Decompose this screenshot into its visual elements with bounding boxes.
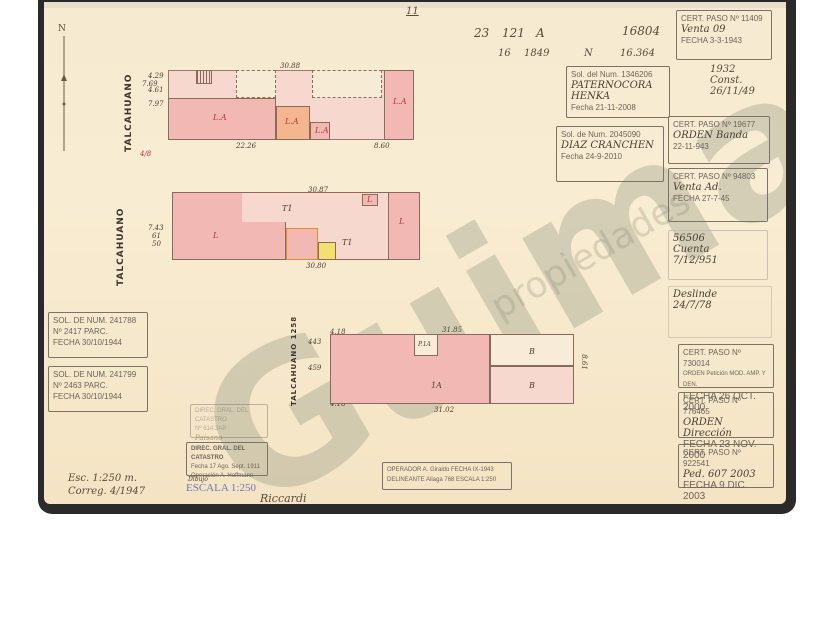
stamp-solicitud-1944-b: SOL. DE NUM. 241799 Nº 2463 PARC. FECHA … — [48, 366, 148, 412]
plan2-street-label: TALCAHUANO — [116, 208, 126, 286]
plan3-room-b-2: B — [490, 366, 574, 404]
plan3-dim-left-1: 443 — [308, 338, 321, 346]
escala-label: ESCALA 1:250 — [186, 482, 256, 494]
stamp-solicitud-1944-a: SOL. DE NUM. 241788 Nº 2417 PARC. FECHA … — [48, 312, 148, 358]
plan1-room-la-3: L.A — [310, 122, 330, 140]
stamp-deslinde-1978: Deslinde 24/7/78 — [668, 286, 772, 338]
header-note-2c: N — [584, 48, 593, 59]
header-note-2b: 1849 — [524, 48, 549, 59]
stamp-solicitud-2008: Sol. del Num. 1346206 PATERNOCORA HENKA … — [566, 66, 670, 118]
plan1-margin-note: 4/8 — [140, 150, 151, 158]
watermark-subtitle: propiedades — [484, 181, 697, 328]
stamp-operador: OPERADOR A. Giraldo FECHA IX-1943 DELINE… — [382, 462, 512, 490]
plan2-dim-left-2: 61 — [152, 232, 161, 240]
bottom-signature: Riccardi — [260, 492, 307, 504]
north-arrow-icon — [60, 36, 68, 156]
stamp-cert-paso-1945: CERT. PASO Nº 94803 Venta Ad. FECHA 27-7… — [668, 168, 768, 222]
plan2-room-orange — [286, 228, 318, 260]
stamp-cert-paso-2000-nov: CERT. PASO Nº 776465 ORDEN Dirección FEC… — [678, 392, 774, 438]
plan1-street-label: TALCAHUANO — [124, 74, 134, 152]
plan2-floorplan: L T1 T1 L L — [172, 192, 420, 260]
cadastral-plan-document: Guimar propiedades 11 N 23 121 A 16804 1… — [44, 2, 786, 504]
stamp-cuenta-1951: 56506 Cuenta 7/12/951 — [668, 230, 768, 280]
plan3-dim-top: 31.85 — [442, 326, 462, 334]
plan2-room-l-3: L — [388, 192, 420, 260]
plan2-room-t1-b: T1 — [342, 238, 352, 247]
stamp-cert-paso-2000-oct: CERT. PASO Nº 730014 ORDEN Petición MOD.… — [678, 344, 774, 388]
plan2-dim-left-1: 7.43 — [148, 224, 164, 232]
plan1-stairs — [196, 70, 212, 84]
plan2-dim-bottom: 30.80 — [306, 262, 326, 270]
plan1-room-la-2: L.A — [276, 106, 310, 140]
plan1-floorplan: L.A L.A L.A L.A — [168, 70, 414, 140]
plan2-room-l-1b — [242, 222, 286, 260]
bottom-note-left: Esc. 1:250 m. Correg. 4/1947 — [68, 472, 148, 498]
stamp-direccion-catastro: DIREC. GRAL. DEL CATASTRO Fecha 17 Ago. … — [186, 442, 268, 476]
plan3-street-label: TALCAHUANO 1258 — [290, 316, 298, 406]
plan1-room-la-4: L.A — [384, 70, 414, 140]
plan1-dim-top: 30.88 — [280, 62, 300, 70]
plan1-patio-2 — [312, 70, 382, 98]
plan1-dim-left-2: 4.61 — [148, 86, 164, 94]
plan3-floorplan: 1A P.1A B B — [330, 334, 574, 404]
plan3-room-1a: 1A — [330, 334, 490, 404]
stamp-cert-paso-1943b: CERT. PASO Nº 19677 ORDEN Banda 22-11-94… — [668, 116, 770, 164]
header-note-1b: 121 — [502, 26, 525, 40]
plan2-dim-left-3: 50 — [152, 240, 161, 248]
plan1-dim-left-1: 4.29 — [148, 72, 164, 80]
stamp-cert-paso-2003: CERT. PASO Nº 922541 Ped. 607 2003 FECHA… — [678, 444, 774, 488]
plan3-room-p1a: P.1A — [414, 334, 438, 356]
header-note-1a: 23 — [474, 26, 489, 40]
sheet-number: 11 — [406, 6, 419, 17]
plan3-dim-right: 8.61 — [580, 354, 588, 370]
plan2-room-l-2: L — [362, 194, 378, 206]
plan2-room-yellow — [318, 242, 336, 260]
plan2-room-l-1: L — [172, 192, 242, 260]
note-const-1949: 1932 Const. 26/11/49 — [710, 64, 770, 97]
plan3-dim-bottom: 31.02 — [434, 406, 454, 414]
plan1-dim-bottom-right: 8.60 — [374, 142, 390, 150]
plan1-room-la-1: L.A — [168, 98, 276, 140]
stamp-faded-catastro: DIREC. GRAL. DEL CATASTRO Nº 614 3AP Pai… — [190, 404, 268, 438]
plan1-dim-left-3: 7.97 — [148, 100, 164, 108]
plan1-dim-bottom-left: 22.26 — [236, 142, 256, 150]
header-note-1d: 16804 — [622, 24, 660, 38]
header-note-2d: 16.364 — [620, 48, 655, 59]
plan1-patio-1 — [236, 70, 276, 98]
plan2-room-t1-a: T1 — [282, 204, 292, 213]
header-note-2a: 16 — [498, 48, 511, 59]
stamp-cert-paso-1943: CERT. PASO Nº 11409 Venta 09 FECHA 3-3-1… — [676, 10, 772, 60]
north-label: N — [58, 24, 66, 34]
plan3-dim-left-2: 459 — [308, 364, 321, 372]
stamp-solicitud-2010: Sol. de Num. 2045090 DIAZ CRANCHEN Fecha… — [556, 126, 664, 182]
header-note-1c: A — [536, 26, 545, 40]
plan3-room-b-1: B — [490, 334, 574, 366]
